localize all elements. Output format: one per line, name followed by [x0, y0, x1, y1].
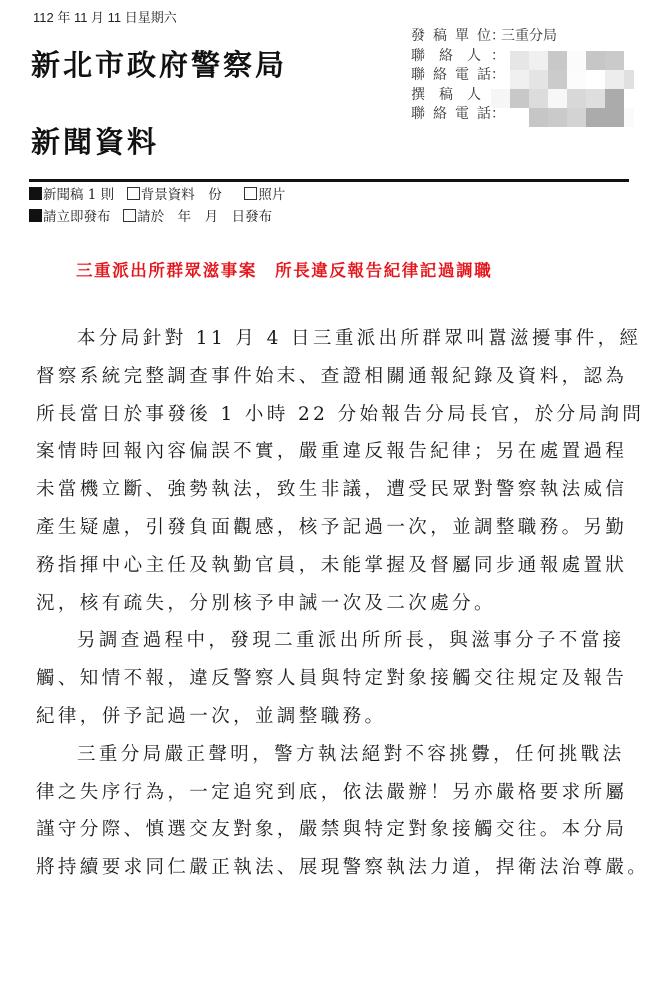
body-line: 三重分局嚴正聲明，警方執法絕對不容挑釁，任何挑戰法: [36, 736, 626, 774]
body-line: 所長當日於事發後 1 小時 22 分始報告分局長官，於分局詢問: [36, 396, 626, 434]
option-label: 背景資料 份: [141, 187, 222, 203]
article-body: 本分局針對 11 月 4 日三重派出所群眾叫囂滋擾事件，經 督察系統完整調查事件…: [36, 320, 626, 887]
option-label: 請立即發布: [43, 209, 111, 225]
body-line: 謹守分際、慎選交友對象，嚴禁與特定對象接觸交往。本分局: [36, 811, 626, 849]
contact-value: 三重分局: [501, 27, 557, 47]
body-line: 另調查過程中，發現二重派出所所長，與滋事分子不當接: [36, 622, 626, 660]
contact-label: 撰稿人: [411, 86, 491, 106]
body-line: 督察系統完整調查事件始末、查證相關通報紀錄及資料，認為: [36, 358, 626, 396]
checked-box-icon: [29, 187, 42, 200]
body-line: 律之失序行為，一定追究到底，依法嚴辦！另亦嚴格要求所屬: [36, 774, 626, 812]
contact-colon: ：: [491, 27, 501, 47]
body-line: 案情時回報內容偏誤不實，嚴重違反報告紀律；另在處置過程: [36, 433, 626, 471]
contact-label: 聯絡人: [411, 47, 491, 67]
release-date: 112 年 11 月 11 日星期六: [33, 7, 177, 26]
body-line: 產生疑慮，引發負面觀感，核予記過一次，並調整職務。另勤: [36, 509, 626, 547]
contact-row-issuing-unit: 發稿單位 ： 三重分局: [411, 27, 557, 47]
body-line: 紀律，併予記過一次，並調整職務。: [36, 698, 626, 736]
body-line: 況，核有疏失，分別核予申誡一次及二次處分。: [36, 585, 626, 623]
unchecked-box-icon: [123, 209, 136, 222]
paragraph-1: 本分局針對 11 月 4 日三重派出所群眾叫囂滋擾事件，經 督察系統完整調查事件…: [36, 320, 626, 622]
header-divider: [29, 179, 629, 182]
paragraph-2: 另調查過程中，發現二重派出所所長，與滋事分子不當接 觸、知情不報，違反警察人員與…: [36, 622, 626, 735]
body-line: 觸、知情不報，違反警察人員與特定對象接觸交往規定及報告: [36, 660, 626, 698]
option-label: 請於 年 月 日發布: [137, 209, 272, 225]
option-label: 照片: [258, 187, 285, 203]
body-line: 將持續要求同仁嚴正執法、展現警察執法力道，捍衛法治尊嚴。: [36, 849, 626, 887]
redaction-mosaic: [491, 51, 656, 131]
option-label: 新聞稿 1 則: [43, 187, 114, 203]
contact-label: 聯絡電話: [411, 66, 491, 86]
news-headline: 三重派出所群眾滋事案 所長違反報告紀律記過調職: [76, 257, 492, 281]
body-line: 務指揮中心主任及執勤官員，未能掌握及督屬同步通報處置狀: [36, 547, 626, 585]
release-options: 新聞稿 1 則 背景資料 份 照片 請立即發布 請於 年 月 日發布: [29, 184, 285, 228]
release-options-row-2: 請立即發布 請於 年 月 日發布: [29, 206, 285, 228]
paragraph-3: 三重分局嚴正聲明，警方執法絕對不容挑釁，任何挑戰法 律之失序行為，一定追究到底，…: [36, 736, 626, 887]
body-line: 未當機立斷、強勢執法，致生非議，遭受民眾對警察執法威信: [36, 471, 626, 509]
unchecked-box-icon: [244, 187, 257, 200]
release-options-row-1: 新聞稿 1 則 背景資料 份 照片: [29, 184, 285, 206]
organization-title: 新北市政府警察局: [31, 43, 287, 84]
unchecked-box-icon: [127, 187, 140, 200]
contact-label: 發稿單位: [411, 27, 491, 47]
checked-box-icon: [29, 209, 42, 222]
document-title: 新聞資料: [31, 120, 159, 161]
contact-label: 聯絡電話: [411, 105, 491, 125]
body-line: 本分局針對 11 月 4 日三重派出所群眾叫囂滋擾事件，經: [36, 320, 626, 358]
